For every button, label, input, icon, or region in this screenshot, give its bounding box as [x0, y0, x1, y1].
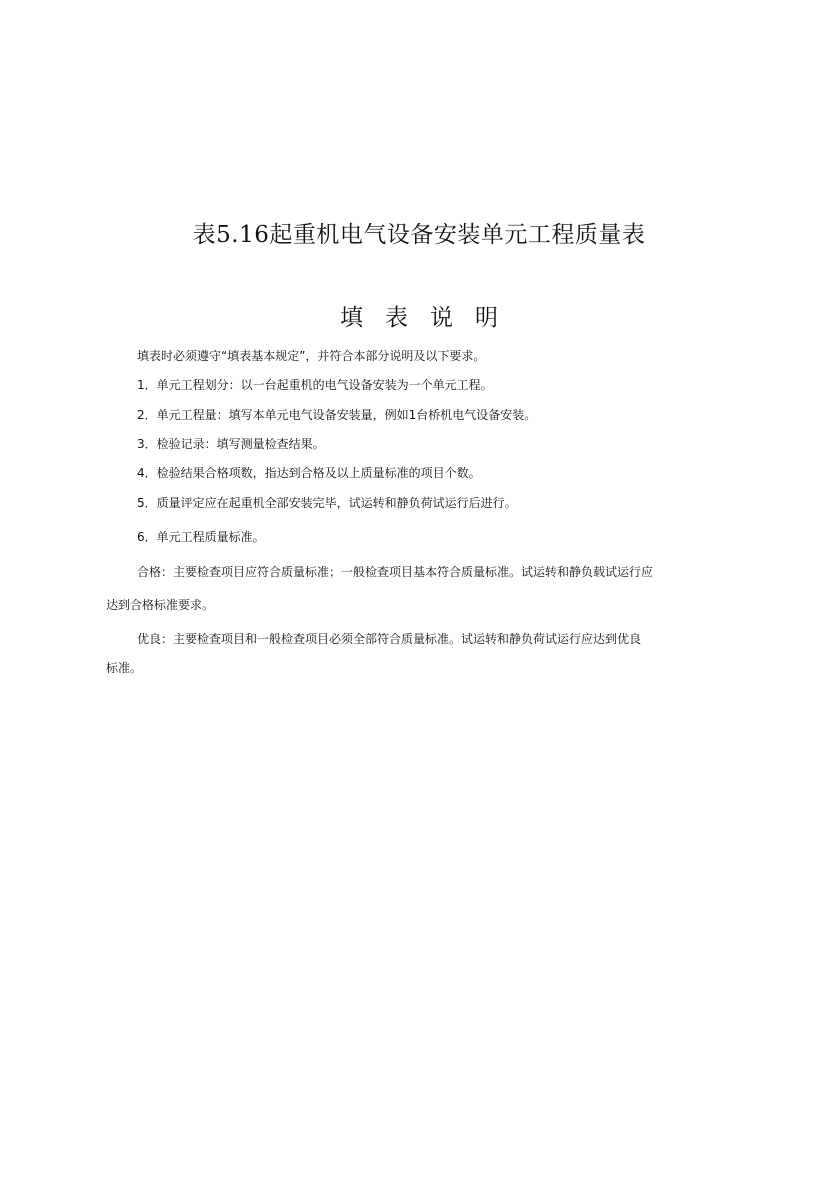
instruction-item: 5．质量评定应在起重机全部安装完毕，试运转和静负荷试运行后进行。 [137, 494, 517, 512]
page-title: 表5.16起重机电气设备安装单元工程质量表 [0, 218, 838, 252]
excellent-standard-line-1: 优良：主要检查项目和一般检查项目必须全部符合质量标准。试运转和静负荷试运行应达到… [137, 630, 641, 648]
instruction-item: 3．检验记录：填写测量检查结果。 [137, 435, 325, 453]
excellent-standard-line-2: 标准。 [106, 659, 142, 677]
instruction-item: 6．单元工程质量标准。 [137, 528, 265, 546]
pass-standard-line-1: 合格：主要检查项目应符合质量标准；一般检查项目基本符合质量标准。试运转和静负载试… [137, 563, 653, 581]
instruction-item: 4．检验结果合格项数，指达到合格及以上质量标准的项目个数。 [137, 464, 481, 482]
intro-paragraph: 填表时必须遵守“填表基本规定”，并符合本部分说明及以下要求。 [137, 347, 485, 365]
pass-standard-line-2: 达到合格标准要求。 [106, 596, 214, 614]
section-heading: 填表说明 [0, 302, 838, 334]
instruction-item: 2．单元工程量：填写本单元电气设备安装量，例如1台桥机电气设备安装。 [137, 406, 536, 424]
instruction-item: 1．单元工程划分：以一台起重机的电气设备安装为一个单元工程。 [137, 376, 493, 394]
